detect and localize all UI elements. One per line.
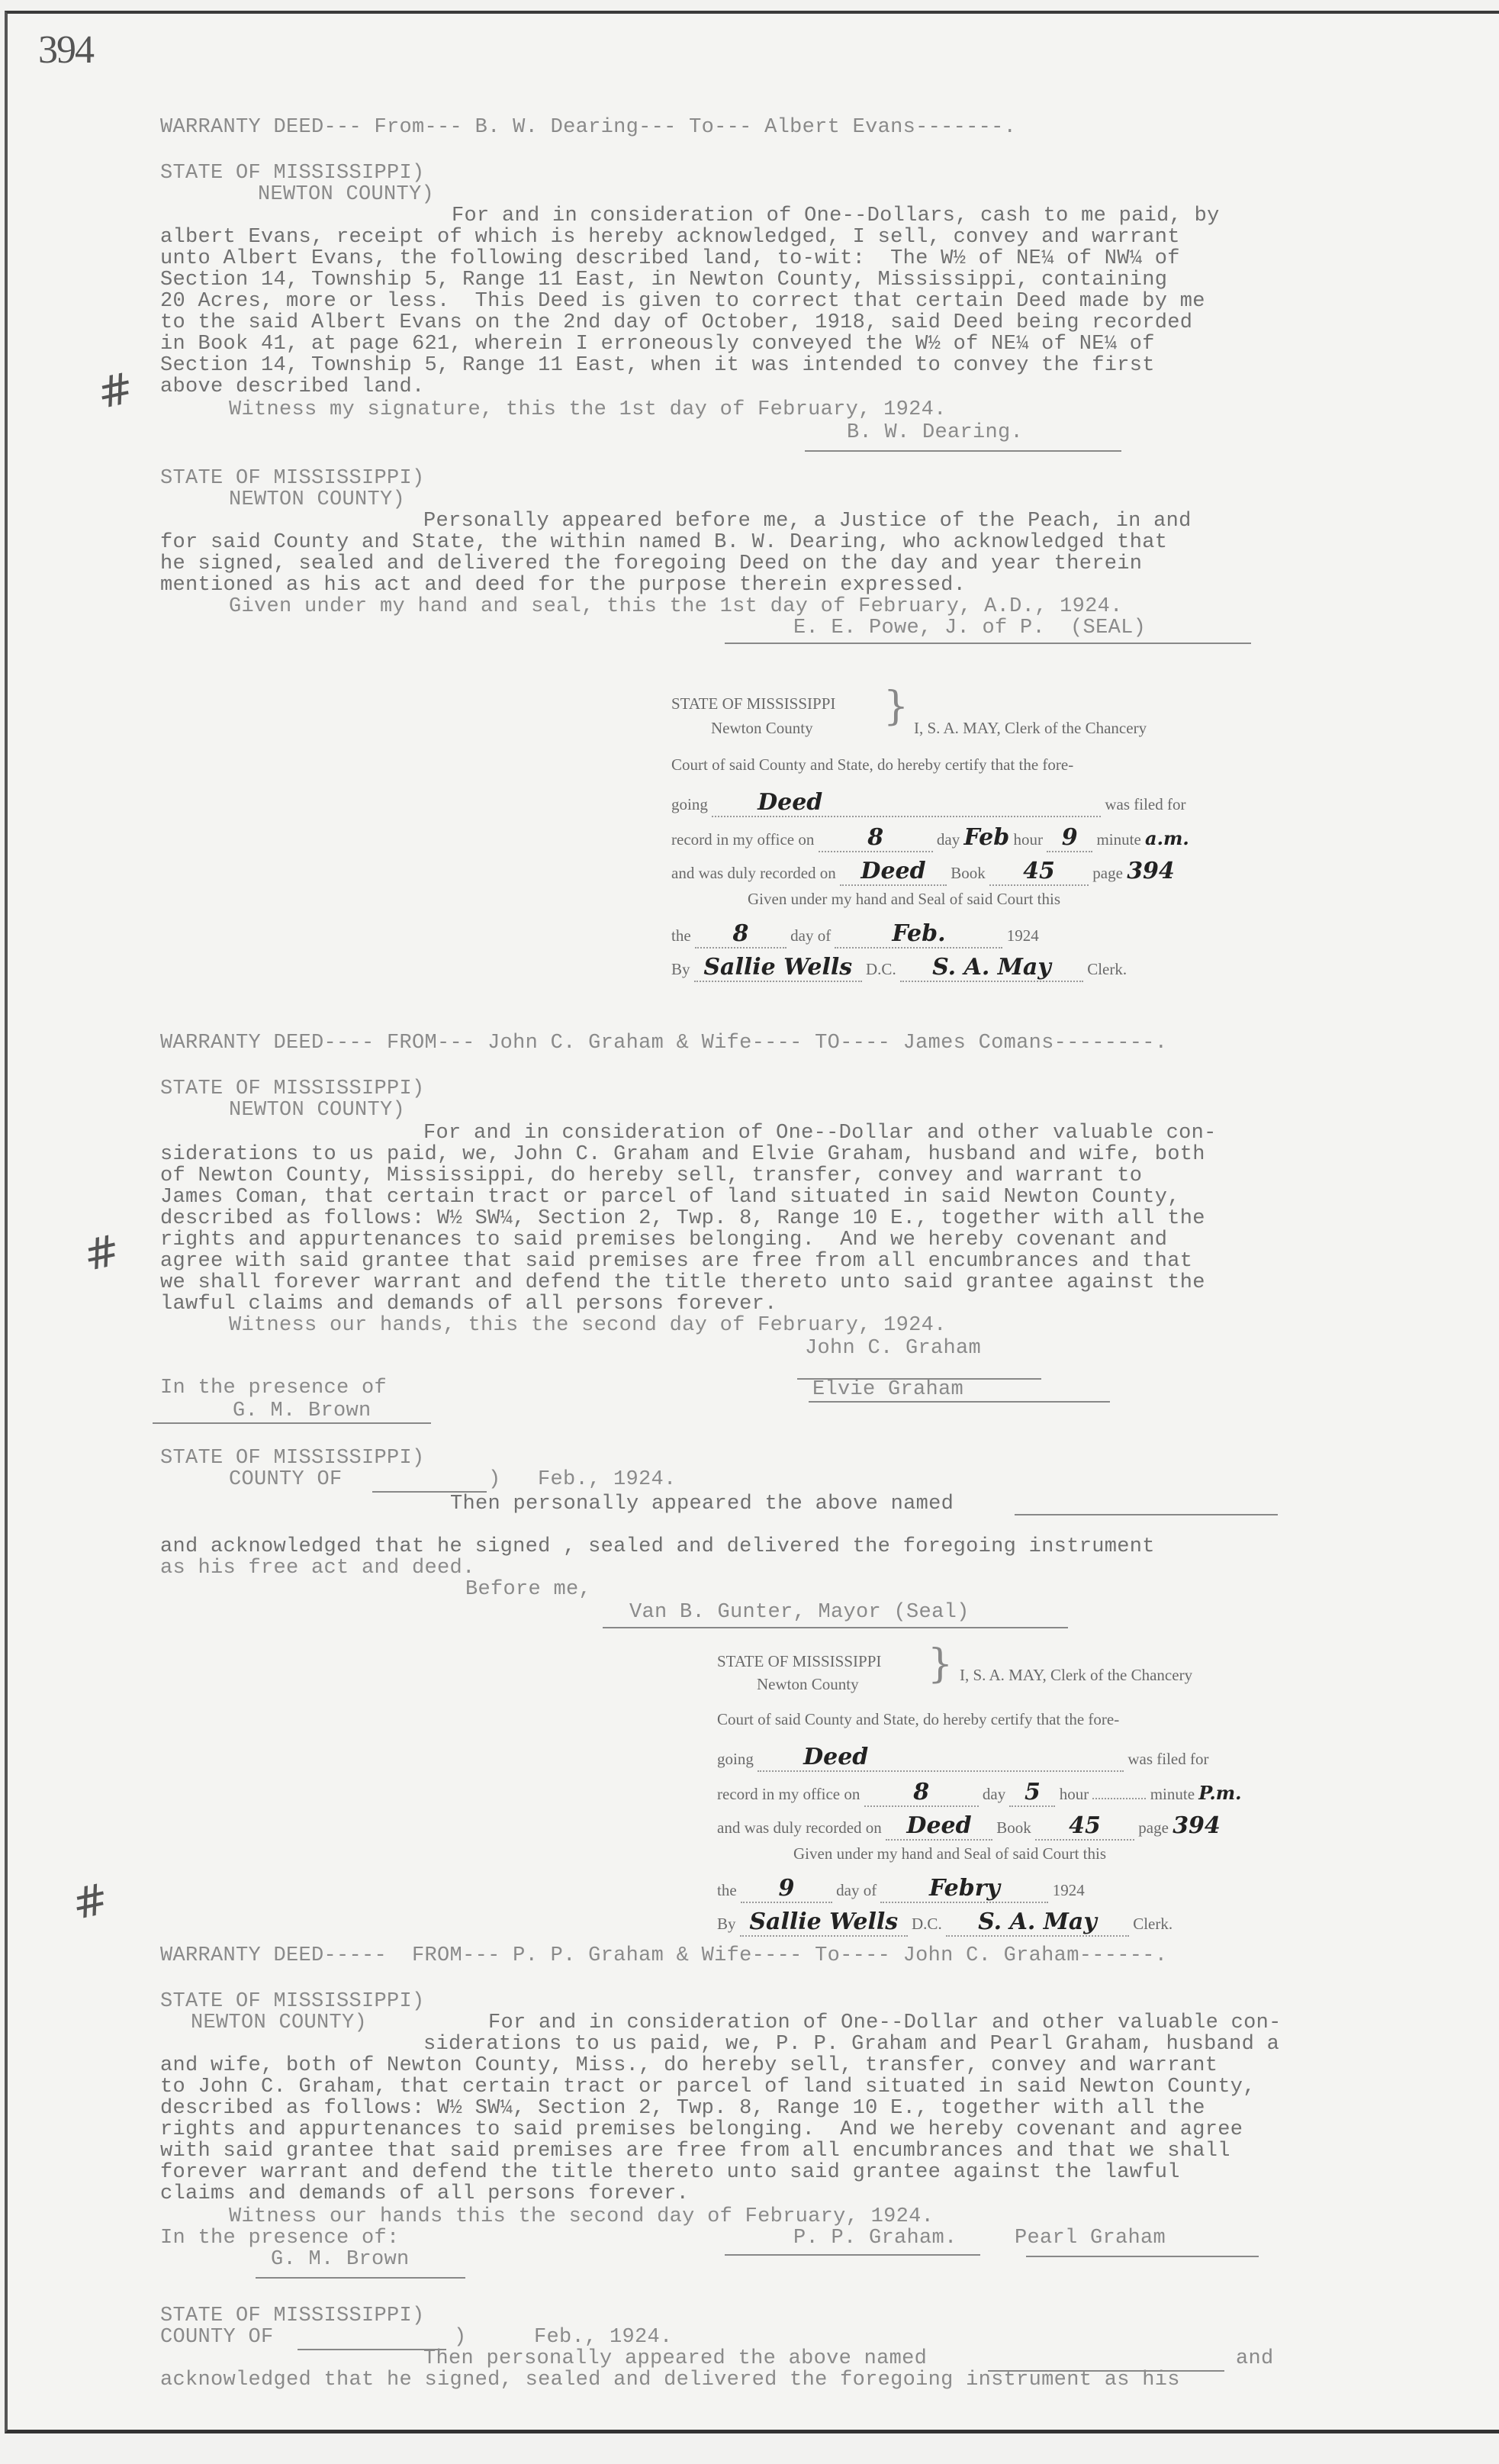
cert-state: STATE OF MISSISSIPPI [717, 1652, 881, 1671]
signature-line [725, 2254, 980, 2256]
deed-2-before-me: Before me, [465, 1578, 591, 1602]
signature-line [1026, 2256, 1259, 2257]
deed-1-ack-venue-state: STATE OF MISSISSIPPI) [160, 467, 425, 491]
cert-page: 394 [1127, 858, 1175, 884]
deed-1-ack-line: for said County and State, the within na… [160, 531, 1167, 555]
deed-1-venue-county: NEWTON COUNTY) [258, 183, 434, 207]
deed-3-venue-county: NEWTON COUNTY) [191, 2011, 367, 2035]
deed-3-body-line: claims and demands of all persons foreve… [160, 2182, 689, 2206]
cert-instrument: Deed [803, 1744, 868, 1770]
cert-book: 45 [1069, 1812, 1101, 1839]
deed-3-ack-date: Feb., 1924. [534, 2326, 673, 2350]
cert-line2: Court of said County and State, do hereb… [717, 1710, 1119, 1729]
deed-3-body-line: siderations to us paid, we, P. P. Graham… [423, 2033, 1279, 2057]
deed-2-body-line: siderations to us paid, we, John C. Grah… [160, 1143, 1205, 1167]
cert-given-line: Given under my hand and Seal of said Cou… [793, 1844, 1106, 1863]
cert-day-label: day [937, 830, 960, 849]
deed-3-body-line: to John C. Graham, that certain tract or… [160, 2076, 1256, 2099]
deed-2-body-line: of Newton County, Mississippi, do hereby… [160, 1164, 1142, 1188]
deed-2-ack-line: and acknowledged that he signed , sealed… [160, 1535, 1155, 1559]
deed-2-heading: WARRANTY DEED---- FROM--- John C. Graham… [160, 1032, 1167, 1055]
deed-2-witness: Witness our hands, this the second day o… [229, 1314, 947, 1338]
cert-filed-day: 8 [867, 824, 883, 851]
cert-filed-day: 8 [913, 1779, 929, 1805]
deed-3-witness: Witness our hands this the second day of… [229, 2205, 934, 2229]
cert-minute-label: minute [1096, 830, 1140, 849]
cert-day-label: day [983, 1785, 1005, 1803]
cert-recorded-label: and was duly recorded on [671, 864, 836, 882]
deed-2-ack-line: as his free act and deed. [160, 1557, 475, 1580]
cert-deputy-signature: Sallie Wells [703, 954, 852, 981]
deed-2-ack-line: Then personally appeared the above named [450, 1493, 954, 1516]
deed-1-witness: Witness my signature, this the 1st day o… [229, 398, 947, 422]
deed-3-venue-state: STATE OF MISSISSIPPI) [160, 1990, 425, 2014]
cert-state: STATE OF MISSISSIPPI [671, 694, 835, 713]
cert-clerk-signature: S. A. May [932, 954, 1051, 981]
deed-3-body-line: described as follows: W½ SW¼, Section 2,… [160, 2097, 1205, 2121]
deed-2-presence-label: In the presence of [160, 1377, 387, 1400]
deed-3-heading: WARRANTY DEED----- FROM--- P. P. Graham … [160, 1944, 1167, 1968]
deed-1-heading: WARRANTY DEED--- From--- B. W. Dearing--… [160, 116, 1016, 140]
deed-1-venue-state: STATE OF MISSISSIPPI) [160, 162, 425, 185]
cert-record-type: Deed [906, 1812, 971, 1839]
cert-clerk-label: Clerk. [1087, 960, 1127, 978]
deed-1-ack-line: mentioned as his act and deed for the pu… [160, 574, 966, 597]
cert-record-label: record in my office on [717, 1785, 860, 1803]
cert-record-type: Deed [860, 858, 925, 884]
deed-1-body-line: above described land. [160, 375, 425, 399]
deed-3-ack-line: Then personally appeared the above named [423, 2347, 927, 2371]
cert-given-line: Given under my hand and Seal of said Cou… [748, 890, 1060, 909]
cert-given-month: Febry [929, 1875, 1000, 1902]
cert-deputy-signature: Sallie Wells [749, 1908, 898, 1935]
cert-county: Newton County [711, 719, 813, 738]
deed-1-body-line: Section 14, Township 5, Range 11 East, w… [160, 354, 1155, 378]
deed-3-ack-venue-county: COUNTY OF [160, 2326, 274, 2350]
signature-line [153, 1422, 431, 1424]
brace: } [928, 1641, 953, 1687]
signature-line [809, 1401, 1110, 1403]
deed-1-ack-line: Personally appeared before me, a Justice… [423, 510, 1192, 533]
deed-3-body-line: forever warrant and defend the title the… [160, 2161, 1180, 2185]
cert-dayof-label: day of [836, 1881, 877, 1899]
deed-1-ack-signature: E. E. Powe, J. of P. (SEAL) [793, 617, 1146, 640]
cert-hour-label: hour [1013, 830, 1043, 849]
cert-minute-label: minute [1150, 1785, 1195, 1803]
deed-2-body-line: we shall forever warrant and defend the … [160, 1271, 1205, 1295]
cert-clerk-label: Clerk. [1133, 1915, 1173, 1933]
cert-dayof-label: day of [790, 926, 831, 945]
deed-3-presence-label: In the presence of: [160, 2227, 400, 2250]
cert-county: Newton County [757, 1675, 859, 1694]
clerk-certificate-2: STATE OF MISSISSIPPI } Newton County I, … [717, 1652, 1282, 1927]
deed-2-ack-signature: Van B. Gunter, Mayor (Seal) [629, 1601, 970, 1625]
cert-page: 394 [1173, 1812, 1221, 1839]
cert-dc-label: D.C. [866, 960, 896, 978]
deed-1-body-line: Section 14, Township 5, Range 11 East, i… [160, 269, 1167, 292]
deed-2-body-line: James Coman, that certain tract or parce… [160, 1186, 1180, 1209]
deed-1-body-line: in Book 41, at page 621, wherein I erron… [160, 333, 1155, 356]
deed-2-body-line: For and in consideration of One--Dollar … [423, 1122, 1217, 1145]
deed-1-body-line: unto Albert Evans, the following describ… [160, 247, 1180, 271]
cert-line2: Court of said County and State, do hereb… [671, 755, 1073, 775]
cert-given-day: 8 [732, 920, 748, 947]
cert-given-day: 9 [778, 1875, 794, 1902]
signature-line [256, 2277, 465, 2279]
deed-3-ack-venue-state: STATE OF MISSISSIPPI) [160, 2305, 425, 2328]
deed-1-body-line: For and in consideration of One--Dollars… [452, 205, 1220, 228]
deed-3-ack-and: and [1236, 2347, 1274, 2371]
deed-2-body-line: rights and appurtenances to said premise… [160, 1229, 1167, 1252]
deed-1-body-line: 20 Acres, more or less. This Deed is giv… [160, 290, 1205, 314]
cert-hour-label: hour [1060, 1785, 1089, 1803]
cert-the-label: the [717, 1881, 737, 1899]
cert-clerk-intro: I, S. A. MAY, Clerk of the Chancery [914, 719, 1147, 738]
deed-1-signature: B. W. Dearing. [847, 421, 1023, 445]
cert-book-label: Book [996, 1818, 1031, 1837]
cert-year: 1924 [1053, 1881, 1085, 1899]
deed-1-ack-venue-county: NEWTON COUNTY) [229, 488, 405, 512]
deed-2-signature-2: Elvie Graham [812, 1378, 963, 1402]
cert-going-label: going [671, 795, 708, 813]
cert-given-month: Feb. [892, 920, 945, 947]
deed-2-presence-witness: G. M. Brown [233, 1399, 372, 1423]
deed-2-signature-1: John C. Graham [805, 1337, 981, 1361]
signature-line [805, 450, 1121, 452]
deed-1-body-line: to the said Albert Evans on the 2nd day … [160, 311, 1192, 335]
cert-dc-label: D.C. [912, 1915, 942, 1933]
clerk-certificate-1: STATE OF MISSISSIPPI } Newton County I, … [671, 694, 1236, 984]
cert-book-label: Book [951, 864, 986, 882]
deed-3-body-line: rights and appurtenances to said premise… [160, 2118, 1243, 2142]
cert-filed-hour: 5 [1025, 1779, 1041, 1805]
cert-clerk-signature: S. A. May [978, 1908, 1097, 1935]
page-number: 394 [38, 27, 93, 72]
cert-record-label: record in my office on [671, 830, 814, 849]
cert-year: 1924 [1007, 926, 1039, 945]
deed-3-signature-1: P. P. Graham. [793, 2227, 957, 2250]
deed-3-presence-witness: G. M. Brown [271, 2248, 410, 2272]
signature-line [725, 643, 1251, 644]
cert-the-label: the [671, 926, 691, 945]
deed-2-body-line: agree with said grantee that said premis… [160, 1250, 1192, 1274]
deed-3-body-line: with said grantee that said premises are… [160, 2140, 1230, 2163]
cert-by-label: By [717, 1915, 736, 1933]
deed-2-venue-state: STATE OF MISSISSIPPI) [160, 1077, 425, 1101]
deed-2-body-line: described as follows: W½ SW¼, Section 2,… [160, 1207, 1205, 1231]
cert-book: 45 [1023, 858, 1055, 884]
cert-filed-label: was filed for [1127, 1750, 1208, 1768]
deed-1-body-line: albert Evans, receipt of which is hereby… [160, 226, 1180, 250]
cert-filed-month: Feb [963, 824, 1009, 851]
cert-page-label: page [1092, 864, 1123, 882]
deed-2-ack-date: Feb., 1924. [538, 1468, 677, 1492]
deed-2-ack-venue-county: COUNTY OF [229, 1468, 343, 1492]
deed-2-ack-venue-state: STATE OF MISSISSIPPI) [160, 1447, 425, 1470]
cert-filed-label: was filed for [1105, 795, 1185, 813]
cert-filed-ampm: P.m. [1198, 1782, 1241, 1804]
cert-filed-hour: 9 [1062, 824, 1078, 851]
cert-recorded-label: and was duly recorded on [717, 1818, 882, 1837]
signature-line [603, 1627, 1068, 1628]
deed-1-ack-line: Given under my hand and seal, this the 1… [229, 595, 1123, 619]
cert-filed-ampm: a.m. [1145, 827, 1189, 849]
deed-2-body-line: lawful claims and demands of all persons… [160, 1293, 777, 1316]
deed-3-ack-line: acknowledged that he signed, sealed and … [160, 2369, 1180, 2392]
deed-1-ack-line: he signed, sealed and delivered the fore… [160, 552, 1142, 576]
deed-3-signature-2: Pearl Graham [1015, 2227, 1166, 2250]
deed-3-body-line: and wife, both of Newton County, Miss., … [160, 2054, 1218, 2078]
brace: } [883, 684, 909, 730]
deed-2-venue-county: NEWTON COUNTY) [229, 1099, 405, 1122]
blank-line [1015, 1514, 1278, 1515]
cert-going-label: going [717, 1750, 754, 1768]
cert-instrument: Deed [758, 789, 822, 816]
cert-by-label: By [671, 960, 690, 978]
cert-clerk-intro: I, S. A. MAY, Clerk of the Chancery [960, 1666, 1192, 1685]
cert-page-label: page [1138, 1818, 1169, 1837]
deed-3-body-line: For and in consideration of One--Dollar … [488, 2011, 1282, 2035]
